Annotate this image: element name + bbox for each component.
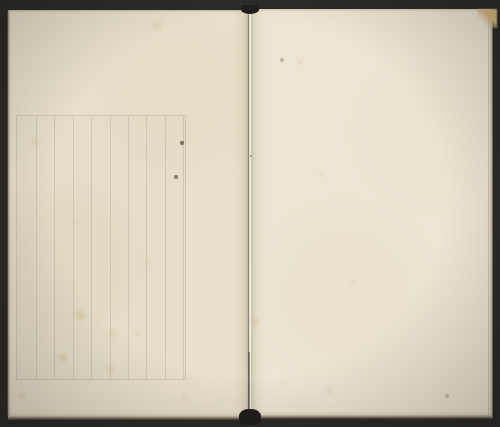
ink-speck bbox=[174, 175, 177, 178]
foxing-stain bbox=[106, 365, 114, 373]
book-scan bbox=[0, 0, 500, 427]
ruled-paper-impression bbox=[16, 115, 186, 380]
foxing-stain bbox=[59, 354, 67, 362]
rule-line bbox=[73, 116, 74, 379]
rule-line bbox=[54, 116, 55, 379]
ink-speck bbox=[445, 394, 449, 398]
foxing-stain bbox=[182, 394, 188, 400]
foxing-stain bbox=[31, 138, 39, 146]
foxing-stain bbox=[327, 389, 333, 395]
rule-line bbox=[128, 116, 129, 379]
left-page-bottom-edge bbox=[8, 416, 249, 420]
foxing-stain bbox=[251, 318, 259, 326]
ink-speck bbox=[280, 58, 284, 62]
foxing-stain bbox=[109, 329, 117, 337]
foxing-stain bbox=[18, 392, 26, 400]
right-page-stack-edge bbox=[488, 10, 493, 418]
foxing-stain bbox=[145, 259, 151, 265]
gutter-bottom-notch bbox=[239, 409, 261, 425]
foxing-stain bbox=[75, 310, 85, 320]
foxing-stain bbox=[350, 279, 356, 285]
left-page-stack-edge bbox=[7, 12, 10, 416]
foxing-stain bbox=[152, 21, 162, 31]
foxing-stain bbox=[298, 60, 302, 64]
corner-stain bbox=[477, 9, 497, 28]
rule-line bbox=[110, 116, 111, 379]
right-page bbox=[250, 9, 492, 417]
rule-line bbox=[146, 116, 147, 379]
rule-line bbox=[36, 116, 37, 379]
faint-scratch bbox=[256, 261, 488, 262]
right-page-bottom-edge bbox=[250, 415, 492, 419]
foxing-stain bbox=[134, 331, 140, 337]
rule-line bbox=[91, 116, 92, 379]
foxing-stain bbox=[320, 173, 324, 177]
rule-line bbox=[183, 116, 184, 379]
rule-line bbox=[165, 116, 166, 379]
foxing-stain bbox=[72, 219, 78, 225]
gutter-shadow-left bbox=[233, 10, 249, 418]
ink-speck bbox=[180, 141, 183, 144]
gutter-shadow-right bbox=[251, 9, 265, 417]
gutter-top-notch bbox=[241, 5, 259, 14]
